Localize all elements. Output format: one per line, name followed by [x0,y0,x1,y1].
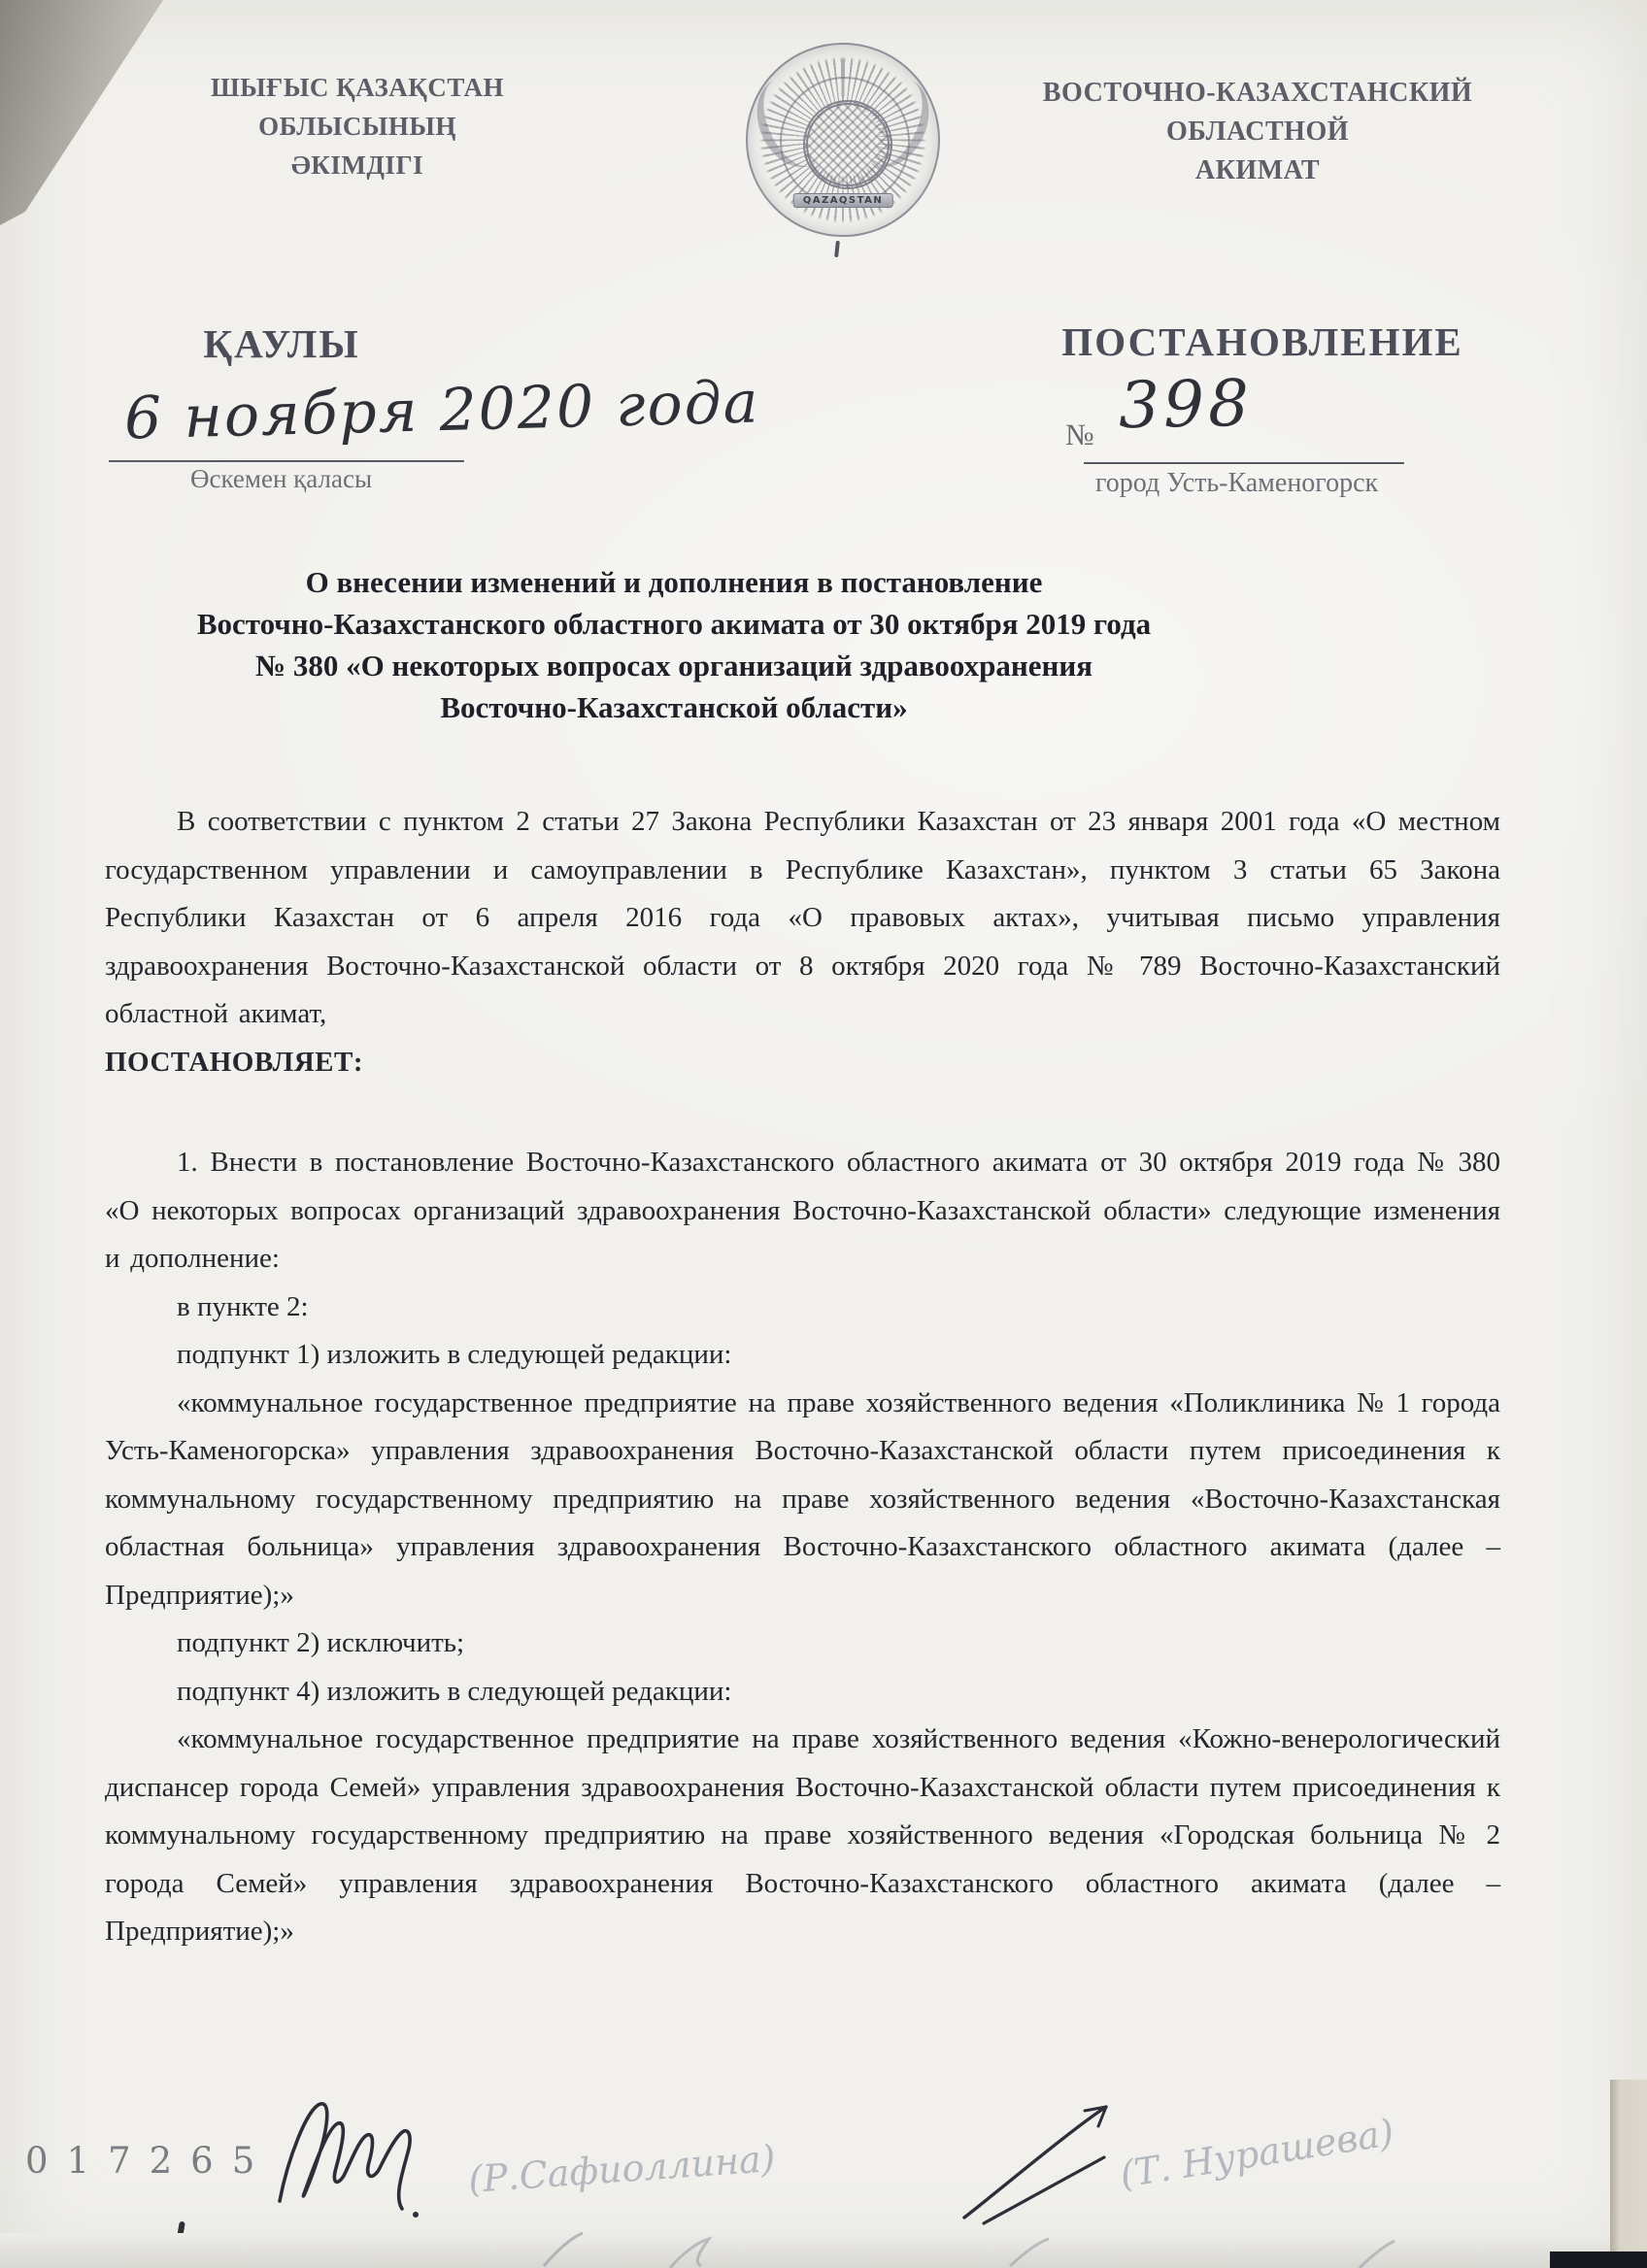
kazakhstan-coat-of-arms-icon: QAZAQSTAN [746,43,940,237]
issuer-kazakh-line: ӘКІМДІГІ [115,146,600,184]
handwritten-number: 398 [1118,366,1253,443]
pencil-name-annotation-2: (Т. Нурашева) [1117,2111,1396,2196]
resolves-word: ПОСТАНОВЛЯЕТ: [105,1039,1500,1087]
issuer-russian-line: ВОСТОЧНО-КАЗАХСТАНСКИЙ [971,74,1544,113]
line-point-2: в пункте 2: [105,1284,1500,1332]
issuer-kazakh-line: ШЫҒЫС ҚАЗАҚСТАН [115,68,600,107]
issuer-name-russian: ВОСТОЧНО-КАЗАХСТАНСКИЙ ОБЛАСТНОЙ АКИМАТ [971,74,1544,190]
scan-edge-strip [1610,2080,1647,2268]
paragraph-subpoint-1-text: «коммунальное государственное предприяти… [105,1380,1500,1620]
paragraph-item-1: 1. Внести в постановление Восточно-Казах… [105,1139,1500,1284]
doc-type-kazakh: ҚАУЛЫ [117,320,447,367]
document-body: В соответствии с пунктом 2 статьи 27 Зак… [105,798,1500,1956]
scan-edge-black-bar [1550,2251,1647,2268]
title-line: Восточно-Казахстанского областного акима… [101,603,1247,645]
next-page-handwriting-traces [0,2210,1647,2268]
issuer-name-kazakh: ШЫҒЫС ҚАЗАҚСТАН ОБЛЫСЫНЫҢ ӘКІМДІГІ [115,68,600,184]
blank-serial-number: 017265 [25,2140,273,2182]
place-russian: город Усть-Каменогорск [1095,468,1378,499]
doc-type-russian: ПОСТАНОВЛЕНИЕ [981,318,1544,365]
line-subpoint-2: подпункт 2) исключить; [105,1619,1500,1668]
paragraph-preamble: В соответствии с пунктом 2 статьи 27 Зак… [105,798,1500,1039]
issuer-kazakh-line: ОБЛЫСЫНЫҢ [115,107,600,146]
issuer-russian-line: ОБЛАСТНОЙ [971,113,1544,151]
title-line: № 380 «О некоторых вопросах организаций … [101,645,1247,686]
number-sign: № [1065,417,1094,452]
date-underline [109,460,464,462]
line-subpoint-1: подпункт 1) изложить в следующей редакци… [105,1331,1500,1380]
paragraph-subpoint-4-text: «коммунальное государственное предприяти… [105,1716,1500,1956]
number-underline [1084,462,1404,464]
emblem-banner-text: QAZAQSTAN [793,193,893,208]
title-line: О внесении изменений и дополнения в пост… [101,561,1247,603]
issuer-russian-line: АКИМАТ [971,151,1544,190]
document-title: О внесении изменений и дополнения в пост… [101,561,1247,728]
ink-mark [834,241,840,257]
place-kazakh: Өскемен қаласы [190,464,372,494]
title-line: Восточно-Казахстанской области» [101,686,1247,728]
pencil-name-annotation-1: (Р.Сафиоллина) [467,2137,777,2201]
emblem-shanyrak [803,100,892,189]
scanned-page: ШЫҒЫС ҚАЗАҚСТАН ОБЛЫСЫНЫҢ ӘКІМДІГІ QAZAQ… [0,0,1647,2268]
line-subpoint-4: подпункт 4) изложить в следующей редакци… [105,1668,1500,1717]
handwritten-date: 6 ноября 2020 года [123,368,760,452]
